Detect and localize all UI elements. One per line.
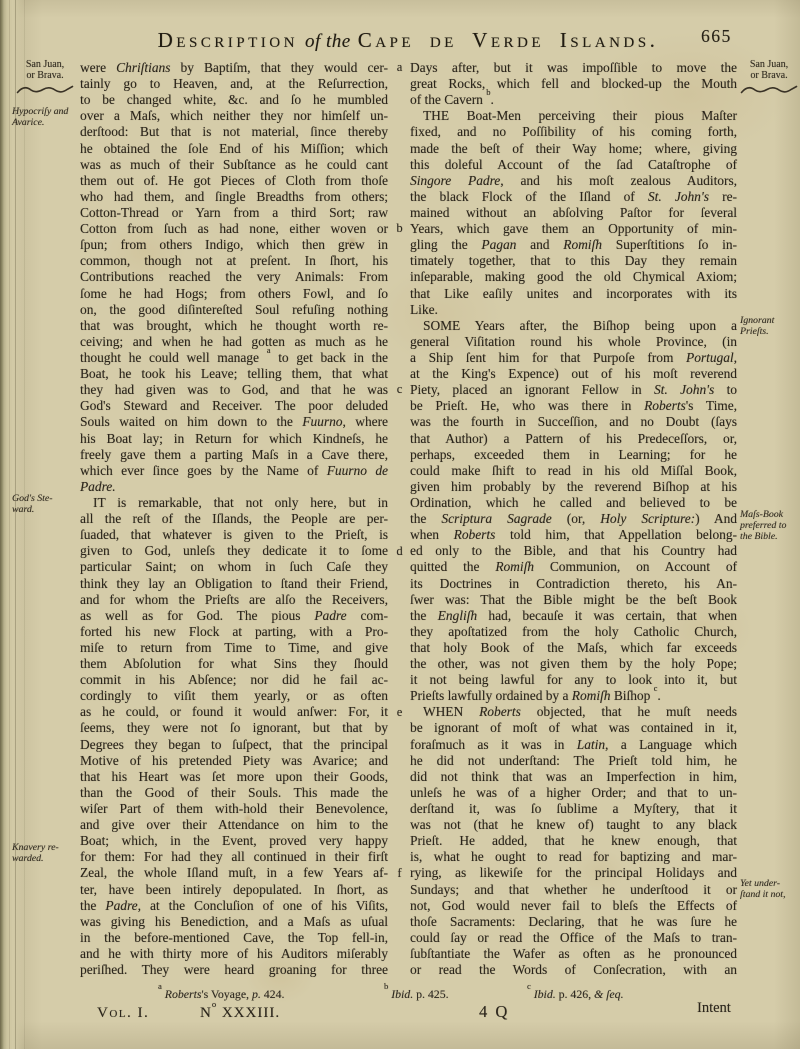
margin-note-line: ward.	[12, 504, 78, 515]
body-line: Ordination, which he called and believed…	[410, 495, 737, 511]
body-line: Days after, but it was impoſſible to mov…	[410, 60, 737, 76]
gutter-ref-letter: e	[391, 705, 408, 720]
press-figure: 4 Q	[479, 1002, 509, 1022]
body-line: them out of. He got Pieces of Cloth from…	[80, 173, 388, 189]
body-line: that holy Book of the Maſs, which far ex…	[410, 640, 737, 656]
body-line: could ſay or read the Office of the Maſs…	[410, 930, 737, 946]
body-line: the Engliſh had, becauſe it was certain,…	[410, 608, 737, 624]
body-line: who had them, and ſingle Breadths from o…	[80, 189, 388, 205]
body-line: he did not underſtand: The Prieſt told h…	[410, 753, 737, 769]
body-line: and for whom the Prieſts are alſo the Re…	[80, 592, 388, 608]
body-line: SOME Years after, the Biſhop being upon …	[410, 318, 737, 334]
title-part-islands: Cape de Verde Islands.	[358, 28, 659, 52]
body-line: ter, have been intirely depopulated. In …	[80, 882, 388, 898]
body-line: Years, which gave them an Opportunity of…	[410, 221, 737, 237]
body-line: perhaps, exceeded them in Learning; for …	[410, 447, 737, 463]
body-line: he obtained the ſole End of his Miſſion;…	[80, 141, 388, 157]
body-line: when Roberts told him, that Appellation …	[410, 527, 737, 543]
margin-note-line: God's Ste-	[12, 493, 78, 504]
body-line: to be changed white, &c. and ſo he mumbl…	[80, 92, 388, 108]
body-line: Cotton-Thread or Yarn from a third Sort;…	[80, 205, 388, 221]
body-line: tainly go to Heaven, and, at the Reſurre…	[80, 76, 388, 92]
margin-note-line: San Juan,	[740, 59, 798, 70]
body-line: ed only to the Bible, and that his Count…	[410, 543, 737, 559]
body-line: the Padre, at the Concluſion of one of h…	[80, 898, 388, 914]
body-line: Like.	[410, 302, 737, 318]
body-line: thought he could well manage a to get ba…	[80, 350, 388, 366]
body-line: foraſmuch as it was in Latin, a Language…	[410, 737, 737, 753]
body-line: inſeparable, making good the old Chymica…	[410, 269, 737, 285]
body-line: given to God, unleſs they dedicate it to…	[80, 543, 388, 559]
margin-note-line: Avarice.	[12, 117, 78, 128]
body-line: as well as for God. The pious Padre com-	[80, 608, 388, 624]
body-line: derſtand it, was ſo ſublime a Myſtery, t…	[410, 801, 737, 817]
margin-note: IgnorantPrieſts.	[740, 315, 798, 337]
body-line: great Rocks, which fell and blocked-up t…	[410, 76, 737, 92]
body-line: is, what he ought to read for baptizing …	[410, 849, 737, 865]
body-line: Piety, placed an ignorant Fellow in St. …	[410, 382, 737, 398]
body-line: this doleful Account of the ſad Cataſtro…	[410, 157, 737, 173]
body-line: Sundays; and that whether he underſtood …	[410, 882, 737, 898]
body-line: freely gave them a parting Maſs in a Cav…	[80, 447, 388, 463]
title-part-description: Description	[158, 28, 298, 52]
body-line: IT is remarkable, that not only here, bu…	[80, 495, 388, 511]
body-line: which ever ſince goes by the Name of Fuu…	[80, 463, 388, 479]
margin-note-line: ſtand it not,	[740, 889, 798, 900]
body-line: was giving his Benediction, and a Maſs a…	[80, 914, 388, 930]
footnote-b: b Ibid. p. 425.	[384, 987, 449, 1002]
body-line: commit in his Abſence; nor did he fail a…	[80, 672, 388, 688]
body-line: cordingly to viſit them yearly, or as of…	[80, 688, 388, 704]
body-line: think they lay an Obligation to ſtand th…	[80, 576, 388, 592]
gutter-ref-letter: d	[391, 544, 408, 559]
body-line: on, the good diſintereſted Soul refuſing…	[80, 302, 388, 318]
body-line: forted his new Flock at parting, with a …	[80, 624, 388, 640]
body-line: and he with thirty more of his Auditors …	[80, 946, 388, 962]
body-line: unleſs he was of a higher Order; and tha…	[410, 785, 737, 801]
body-line: Singore Padre, and his moſt zealous Audi…	[410, 173, 737, 189]
gutter-ref-letter: b	[391, 221, 408, 236]
body-line: a Ship ſent him for that Purpoſe from Po…	[410, 350, 737, 366]
body-line: made the beſt of their Way home; where, …	[410, 141, 737, 157]
body-line: that his Heart was ſet more upon their G…	[80, 769, 388, 785]
signature-number: No XXXIII.	[200, 1005, 280, 1022]
body-line: the Scriptura Sagrade (or, Holy Scriptur…	[410, 511, 737, 527]
book-page: Descriptionof theCape de Verde Islands. …	[0, 0, 800, 1049]
footnote-a: a Roberts's Voyage, p. 424.	[158, 987, 284, 1002]
footnote-c: c Ibid. p. 426, & ſeq.	[527, 987, 624, 1002]
body-line: it not being lawful for any to look into…	[410, 672, 737, 688]
body-line: not, God would never fail to bleſs the E…	[410, 898, 737, 914]
margin-note-line: the Bible.	[740, 531, 798, 542]
body-line: mained without an abſolving Paſtor for ſ…	[410, 205, 737, 221]
body-line: Degrees they began to ſuſpect, that the …	[80, 737, 388, 753]
running-title: Descriptionof theCape de Verde Islands.	[78, 28, 738, 53]
body-line: ſubſtantiate the Wafer as often as he pr…	[410, 946, 737, 962]
body-line: ſwer was: That the Bible might be the be…	[410, 592, 737, 608]
body-line: or read the Words of Conſecration, with …	[410, 962, 737, 978]
margin-note: Knavery re-warded.	[12, 842, 78, 864]
margin-note: God's Ste-ward.	[12, 493, 78, 515]
body-line: Motive of his pretended Piety was Avaric…	[80, 753, 388, 769]
body-line: derſtood: But that is not material, ſinc…	[80, 124, 388, 140]
body-line: the black Flock of the Iſland of St. Joh…	[410, 189, 737, 205]
body-line: as he could, or found it would anſwer: F…	[80, 704, 388, 720]
body-line: thoſe Sacraments: Declaring, that he was…	[410, 914, 737, 930]
margin-note: San Juan,or Brava.	[12, 59, 78, 96]
brace-flourish-icon	[16, 83, 74, 96]
body-line: that was brought, which he thought worth…	[80, 318, 388, 334]
margin-note-line: Ignorant	[740, 315, 798, 326]
body-line: Prieſts lawfully ordained by a Romiſh Bi…	[410, 688, 737, 704]
body-line: THE Boat-Men perceiving their pious Maſt…	[410, 108, 737, 124]
body-line: God's Steward and Receiver. The poor del…	[80, 398, 388, 414]
body-line: quitted the Romiſh Communion, on Account…	[410, 559, 737, 575]
column-right: Days after, but it was impoſſible to mov…	[410, 60, 737, 978]
body-line: rying, as likewiſe for the principal Hol…	[410, 865, 737, 881]
margin-note-line: or Brava.	[740, 70, 798, 81]
body-line: general Viſitation round his whole Provi…	[410, 334, 737, 350]
body-line: Cotton from ſuch as had none, either wov…	[80, 221, 388, 237]
body-line: given him probably by the reverend Biſho…	[410, 479, 737, 495]
body-line: was not (that he knew of) taught to any …	[410, 817, 737, 833]
gutter-ref-letter: a	[391, 60, 408, 75]
margin-note-line: Knavery re-	[12, 842, 78, 853]
body-line: ſome he had Hogs; from others Fowl, and …	[80, 286, 388, 302]
body-line: for them: For had they all continued in …	[80, 849, 388, 865]
gutter-ref-letter: c	[391, 382, 408, 397]
body-line: were Chriſtians by Baptiſm, that they wo…	[80, 60, 388, 76]
margin-note: Maſs-Bookpreferred tothe Bible.	[740, 509, 798, 542]
margin-note: San Juan,or Brava.	[740, 59, 798, 96]
body-line: Souls waited on him down to the Fuurno, …	[80, 414, 388, 430]
body-line: wiſer Part of them with-hold their Benev…	[80, 801, 388, 817]
body-line: of the Cavern b.	[410, 92, 737, 108]
body-line: that Like eaſily unites and incorporates…	[410, 286, 737, 302]
body-line: his Boat lay; in Return for which Kindne…	[80, 431, 388, 447]
body-line: they apoſtatized from the holy Catholic …	[410, 624, 737, 640]
margin-note-line: San Juan,	[12, 59, 78, 70]
body-line: did not think that was an Imperfection i…	[410, 769, 737, 785]
brace-flourish-icon	[740, 83, 798, 96]
body-line: Boat, he took his Leave; telling them, t…	[80, 366, 388, 382]
body-line: Contributions reached the very Animals: …	[80, 269, 388, 285]
margin-note-line: Yet under-	[740, 878, 798, 889]
body-line: the other, was not given them by the hol…	[410, 656, 737, 672]
body-line: Padre.	[80, 479, 388, 495]
body-line: WHEN Roberts objected, that he muſt need…	[410, 704, 737, 720]
body-line: them Abſolution for what Sins they ſhoul…	[80, 656, 388, 672]
title-part-of-the: of the	[305, 31, 351, 52]
body-line: was as much of their Subſtance as he cou…	[80, 157, 388, 173]
body-line: over a Maſs, which neither they nor himſ…	[80, 108, 388, 124]
body-line: its Doctrines in Contradiction thereto, …	[410, 576, 737, 592]
body-line: they had given was to God, and that he w…	[80, 382, 388, 398]
body-line: that Author) a Pattern of his Predeceſſo…	[410, 431, 737, 447]
body-line: in the before-mentioned Cave, the Top fe…	[80, 930, 388, 946]
margin-note-line: warded.	[12, 853, 78, 864]
body-line: ſpun; from others Indigo, which then gre…	[80, 237, 388, 253]
body-line: was the fourth in Succeſſion, and no Dou…	[410, 414, 737, 430]
body-line: at the King's Expence) out of his moſt r…	[410, 366, 737, 382]
volume-label: Vol. I.	[97, 1005, 149, 1022]
gutter-ref-letter: f	[391, 866, 408, 881]
body-line: Zeal, the whole Iſland muſt, in a few Ye…	[80, 865, 388, 881]
body-line: timately together, that to this Day they…	[410, 253, 737, 269]
body-line: ſuaded, that whatever is given to the Pr…	[80, 527, 388, 543]
margin-note-line: Hypocriſy and	[12, 106, 78, 117]
margin-note-line: Maſs-Book	[740, 509, 798, 520]
column-left: were Chriſtians by Baptiſm, that they wo…	[80, 60, 388, 978]
body-line: common, though not at preſent. In ſhort,…	[80, 253, 388, 269]
margin-note-line: preferred to	[740, 520, 798, 531]
body-line: all the reſt of the Iſlands, the People …	[80, 511, 388, 527]
catchword: Intent	[697, 1000, 731, 1017]
margin-note: Yet under-ſtand it not,	[740, 878, 798, 900]
body-line: could make ſhift to read in his old Miſſ…	[410, 463, 737, 479]
text-area: were Chriſtians by Baptiſm, that they wo…	[0, 60, 800, 990]
body-line: ſeems, they were not ſo ignorant, but th…	[80, 720, 388, 736]
body-line: Boat; which, in the Event, proved very h…	[80, 833, 388, 849]
margin-note: Hypocriſy andAvarice.	[12, 106, 78, 128]
body-line: periſhed. They were heard groaning for t…	[80, 962, 388, 978]
body-line: particular Saint; on whom in ſuch Caſe t…	[80, 559, 388, 575]
body-line: Prieſt. He added, that he knew enough, t…	[410, 833, 737, 849]
body-line: miſe to return from Time to Time, and gi…	[80, 640, 388, 656]
body-line: than the Good of their Souls. This made …	[80, 785, 388, 801]
body-line: and give over their Attendance on him to…	[80, 817, 388, 833]
margin-note-line: or Brava.	[12, 70, 78, 81]
body-line: be Prieſt. He, who was there in Roberts'…	[410, 398, 737, 414]
body-line: fixed, and no Poſſibility of his coming …	[410, 124, 737, 140]
body-line: ceiving; and when he had gotten as much …	[80, 334, 388, 350]
body-line: gling the Pagan and Romiſh Superſtitions…	[410, 237, 737, 253]
page-number: 665	[701, 26, 732, 47]
body-line: be ignorant of moſt of what was containe…	[410, 720, 737, 736]
margin-note-line: Prieſts.	[740, 326, 798, 337]
